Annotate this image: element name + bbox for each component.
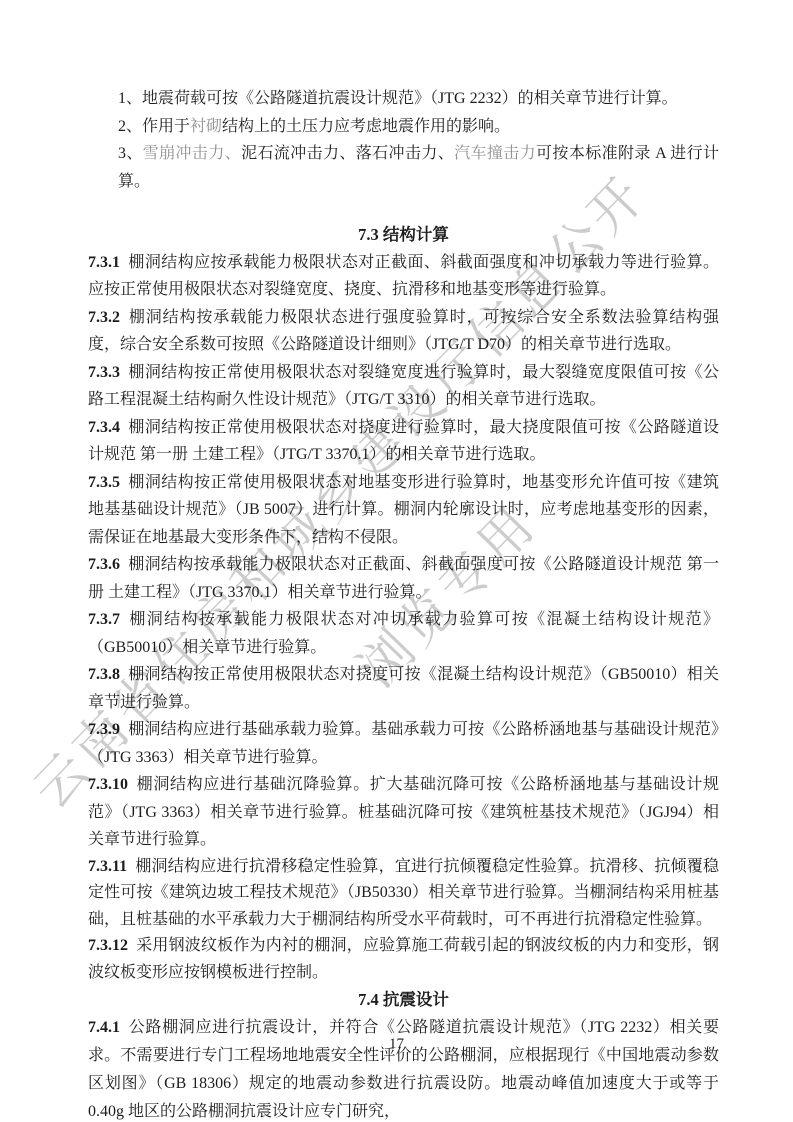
list-item-text: 泥石流冲击力、落石冲击力、 [241, 145, 454, 162]
clause-7-3-4: 7.3.4棚洞结构按正常使用极限状态对挠度进行验算时，最大挠度限值可按《公路隧道… [88, 414, 719, 469]
document-page: 云南省住房和城乡建设厅信息公开 浏览专用 1、地震荷载可按《公路隧道抗震设计规范… [0, 0, 793, 1122]
list-item: 3、雪崩冲击力、泥石流冲击力、落石冲击力、汽车撞击力可按本标准附录 A 进行计算… [118, 140, 719, 195]
section-heading-7-4: 7.4 抗震设计 [88, 986, 719, 1014]
intro-list: 1、地震荷载可按《公路隧道抗震设计规范》（JTG 2232）的相关章节进行计算。… [88, 85, 719, 195]
list-item-text-muted: 汽车撞击力 [454, 145, 536, 162]
clause-text: 公路棚洞应进行抗震设计，并符合《公路隧道抗震设计规范》（JTG 2232）相关要… [88, 1019, 719, 1120]
section-heading-7-3: 7.3 结构计算 [88, 221, 719, 249]
clause-7-3-5: 7.3.5棚洞结构按正常使用极限状态对地基变形进行验算时，地基变形允许值可按《建… [88, 469, 719, 552]
clause-text: 棚洞结构应进行基础沉降验算。扩大基础沉降可按《公路桥涵地基与基础设计规范》（JT… [88, 776, 719, 848]
clause-7-3-2: 7.3.2棚洞结构按承载能力极限状态进行强度验算时，可按综合安全系数法验算结构强… [88, 304, 719, 359]
clause-7-3-12: 7.3.12采用钢波纹板作为内衬的棚洞，应验算施工荷载引起的钢波纹板的内力和变形… [88, 933, 719, 986]
clause-text: 棚洞结构按正常使用极限状态对挠度可按《混凝土结构设计规范》（GB50010）相关… [88, 666, 719, 711]
clause-text: 棚洞结构应按承载能力极限状态对正截面、斜截面强度和冲切承载力等进行验算。应按正常… [88, 254, 719, 299]
clause-text: 棚洞结构应进行基础承载力验算。基础承载力可按《公路桥涵地基与基础设计规范》（JT… [88, 721, 719, 766]
clause-7-4-1: 7.4.1公路棚洞应进行抗震设计，并符合《公路隧道抗震设计规范》（JTG 223… [88, 1014, 719, 1122]
list-item-text-muted: 衬砌 [190, 118, 222, 135]
list-item: 2、作用于衬砌结构上的土压力应考虑地震作用的影响。 [118, 113, 719, 141]
list-item-text: 地震荷载可按《公路隧道抗震设计规范》（JTG 2232）的相关章节进行计算。 [142, 90, 678, 107]
list-item-text: 结构上的土压力应考虑地震作用的影响。 [222, 118, 510, 135]
clause-text: 棚洞结构按正常使用极限状态对裂缝宽度进行验算时，最大裂缝宽度限值可按《公路工程混… [88, 364, 719, 409]
clause-number: 7.3.10 [88, 776, 128, 793]
clause-7-3-7: 7.3.7棚洞结构按承载能力极限状态对冲切承载力验算可按《混凝土结构设计规范》（… [88, 606, 719, 661]
list-item-text-muted: 雪崩冲击力、 [143, 145, 241, 162]
clause-number: 7.3.8 [88, 666, 120, 683]
clause-text: 棚洞结构按承载能力极限状态进行强度验算时，可按综合安全系数法验算结构强度，综合安… [88, 309, 719, 354]
page-number: 17 [0, 1036, 793, 1053]
clause-7-3-9: 7.3.9棚洞结构应进行基础承载力验算。基础承载力可按《公路桥涵地基与基础设计规… [88, 716, 719, 771]
clause-7-3-8: 7.3.8棚洞结构按正常使用极限状态对挠度可按《混凝土结构设计规范》（GB500… [88, 661, 719, 716]
clause-7-3-1: 7.3.1棚洞结构应按承载能力极限状态对正截面、斜截面强度和冲切承载力等进行验算… [88, 249, 719, 304]
clause-text: 棚洞结构按承载能力极限状态对正截面、斜截面强度可按《公路隧道设计规范 第一册 土… [88, 556, 719, 601]
clause-number: 7.3.5 [88, 474, 120, 491]
clause-number: 7.3.6 [88, 556, 120, 573]
list-item-text: 作用于 [142, 118, 190, 135]
clause-7-3-6: 7.3.6棚洞结构按承载能力极限状态对正截面、斜截面强度可按《公路隧道设计规范 … [88, 551, 719, 606]
list-item-number: 2、 [118, 118, 142, 135]
clause-number: 7.3.2 [88, 309, 120, 326]
list-item-number: 1、 [118, 90, 142, 107]
list-item: 1、地震荷载可按《公路隧道抗震设计规范》（JTG 2232）的相关章节进行计算。 [118, 85, 719, 113]
clause-number: 7.3.3 [88, 364, 120, 381]
clause-7-3-11: 7.3.11棚洞结构应进行抗滑移稳定性验算，宜进行抗倾覆稳定性验算。抗滑移、抗倾… [88, 854, 719, 934]
clause-number: 7.3.7 [88, 611, 120, 628]
clause-7-3-10: 7.3.10棚洞结构应进行基础沉降验算。扩大基础沉降可按《公路桥涵地基与基础设计… [88, 771, 719, 854]
clause-text: 棚洞结构应进行抗滑移稳定性验算，宜进行抗倾覆稳定性验算。抗滑移、抗倾覆稳定性可按… [88, 858, 719, 928]
clause-text: 棚洞结构按正常使用极限状态对挠度进行验算时，最大挠度限值可按《公路隧道设计规范 … [88, 419, 719, 464]
clause-text: 棚洞结构按正常使用极限状态对地基变形进行验算时，地基变形允许值可按《建筑地基基础… [88, 474, 719, 546]
clause-text: 采用钢波纹板作为内衬的棚洞，应验算施工荷载引起的钢波纹板的内力和变形，钢波纹板变… [88, 937, 719, 981]
clause-number: 7.3.1 [88, 254, 120, 271]
clause-number: 7.4.1 [88, 1019, 120, 1036]
clause-number: 7.3.9 [88, 721, 120, 738]
clause-7-3-3: 7.3.3棚洞结构按正常使用极限状态对裂缝宽度进行验算时，最大裂缝宽度限值可按《… [88, 359, 719, 414]
clause-number: 7.3.11 [88, 858, 127, 875]
page-content: 1、地震荷载可按《公路隧道抗震设计规范》（JTG 2232）的相关章节进行计算。… [88, 85, 719, 1122]
clause-number: 7.3.12 [88, 937, 128, 954]
clause-number: 7.3.4 [88, 419, 120, 436]
clause-text: 棚洞结构按承载能力极限状态对冲切承载力验算可按《混凝土结构设计规范》（GB500… [88, 611, 719, 656]
list-item-number: 3、 [118, 145, 143, 162]
